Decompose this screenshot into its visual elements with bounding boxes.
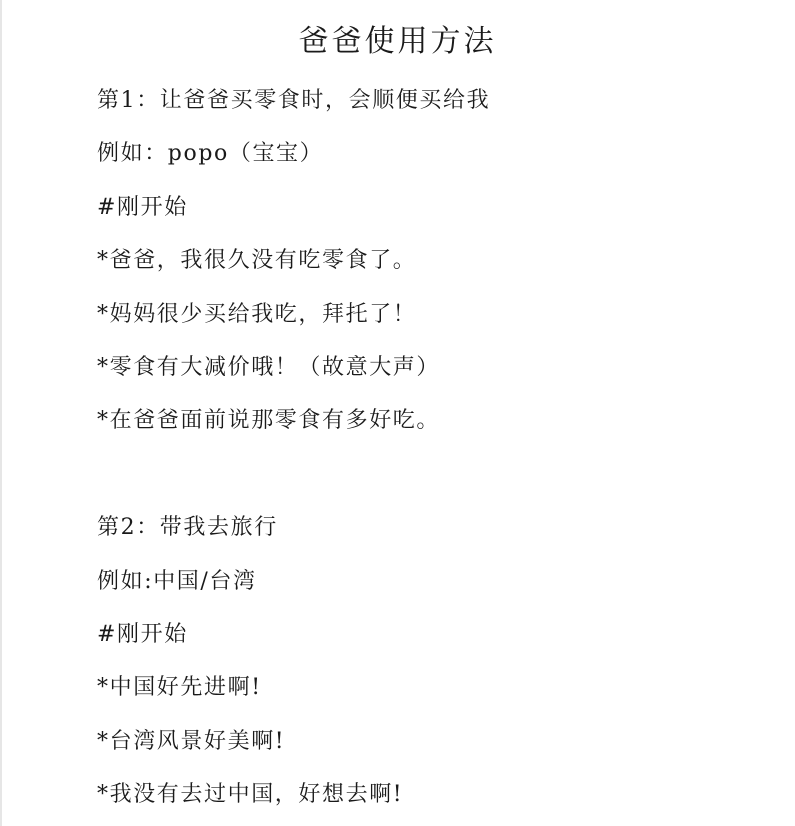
section-2-item: *中国好先进啊! xyxy=(97,661,777,714)
section-2-example: 例如:中国/台湾 xyxy=(97,555,777,608)
section-1-heading: 第1：让爸爸买零食时，会顺便买给我 xyxy=(97,74,777,127)
document-page: 爸爸使用方法 第1：让爸爸买零食时，会顺便买给我 例如：popo（宝宝） #刚开… xyxy=(0,0,795,826)
blank-line xyxy=(97,448,777,501)
section-1-item: *爸爸，我很久没有吃零食了。 xyxy=(97,234,777,287)
section-1-item: *妈妈很少买给我吃，拜托了！ xyxy=(97,288,777,341)
document-body: 第1：让爸爸买零食时，会顺便买给我 例如：popo（宝宝） #刚开始 *爸爸，我… xyxy=(97,74,777,821)
section-1-example: 例如：popo（宝宝） xyxy=(97,127,777,180)
section-2-tag: #刚开始 xyxy=(97,608,777,661)
section-2-item: *台湾风景好美啊! xyxy=(97,715,777,768)
section-1-tag: #刚开始 xyxy=(97,181,777,234)
section-1-item: *在爸爸面前说那零食有多好吃。 xyxy=(97,394,777,447)
section-2-item: *我没有去过中国，好想去啊! xyxy=(97,768,777,821)
document-title: 爸爸使用方法 xyxy=(0,20,795,64)
section-1-item: *零食有大减价哦！（故意大声） xyxy=(97,341,777,394)
section-2-heading: 第2：带我去旅行 xyxy=(97,501,777,554)
